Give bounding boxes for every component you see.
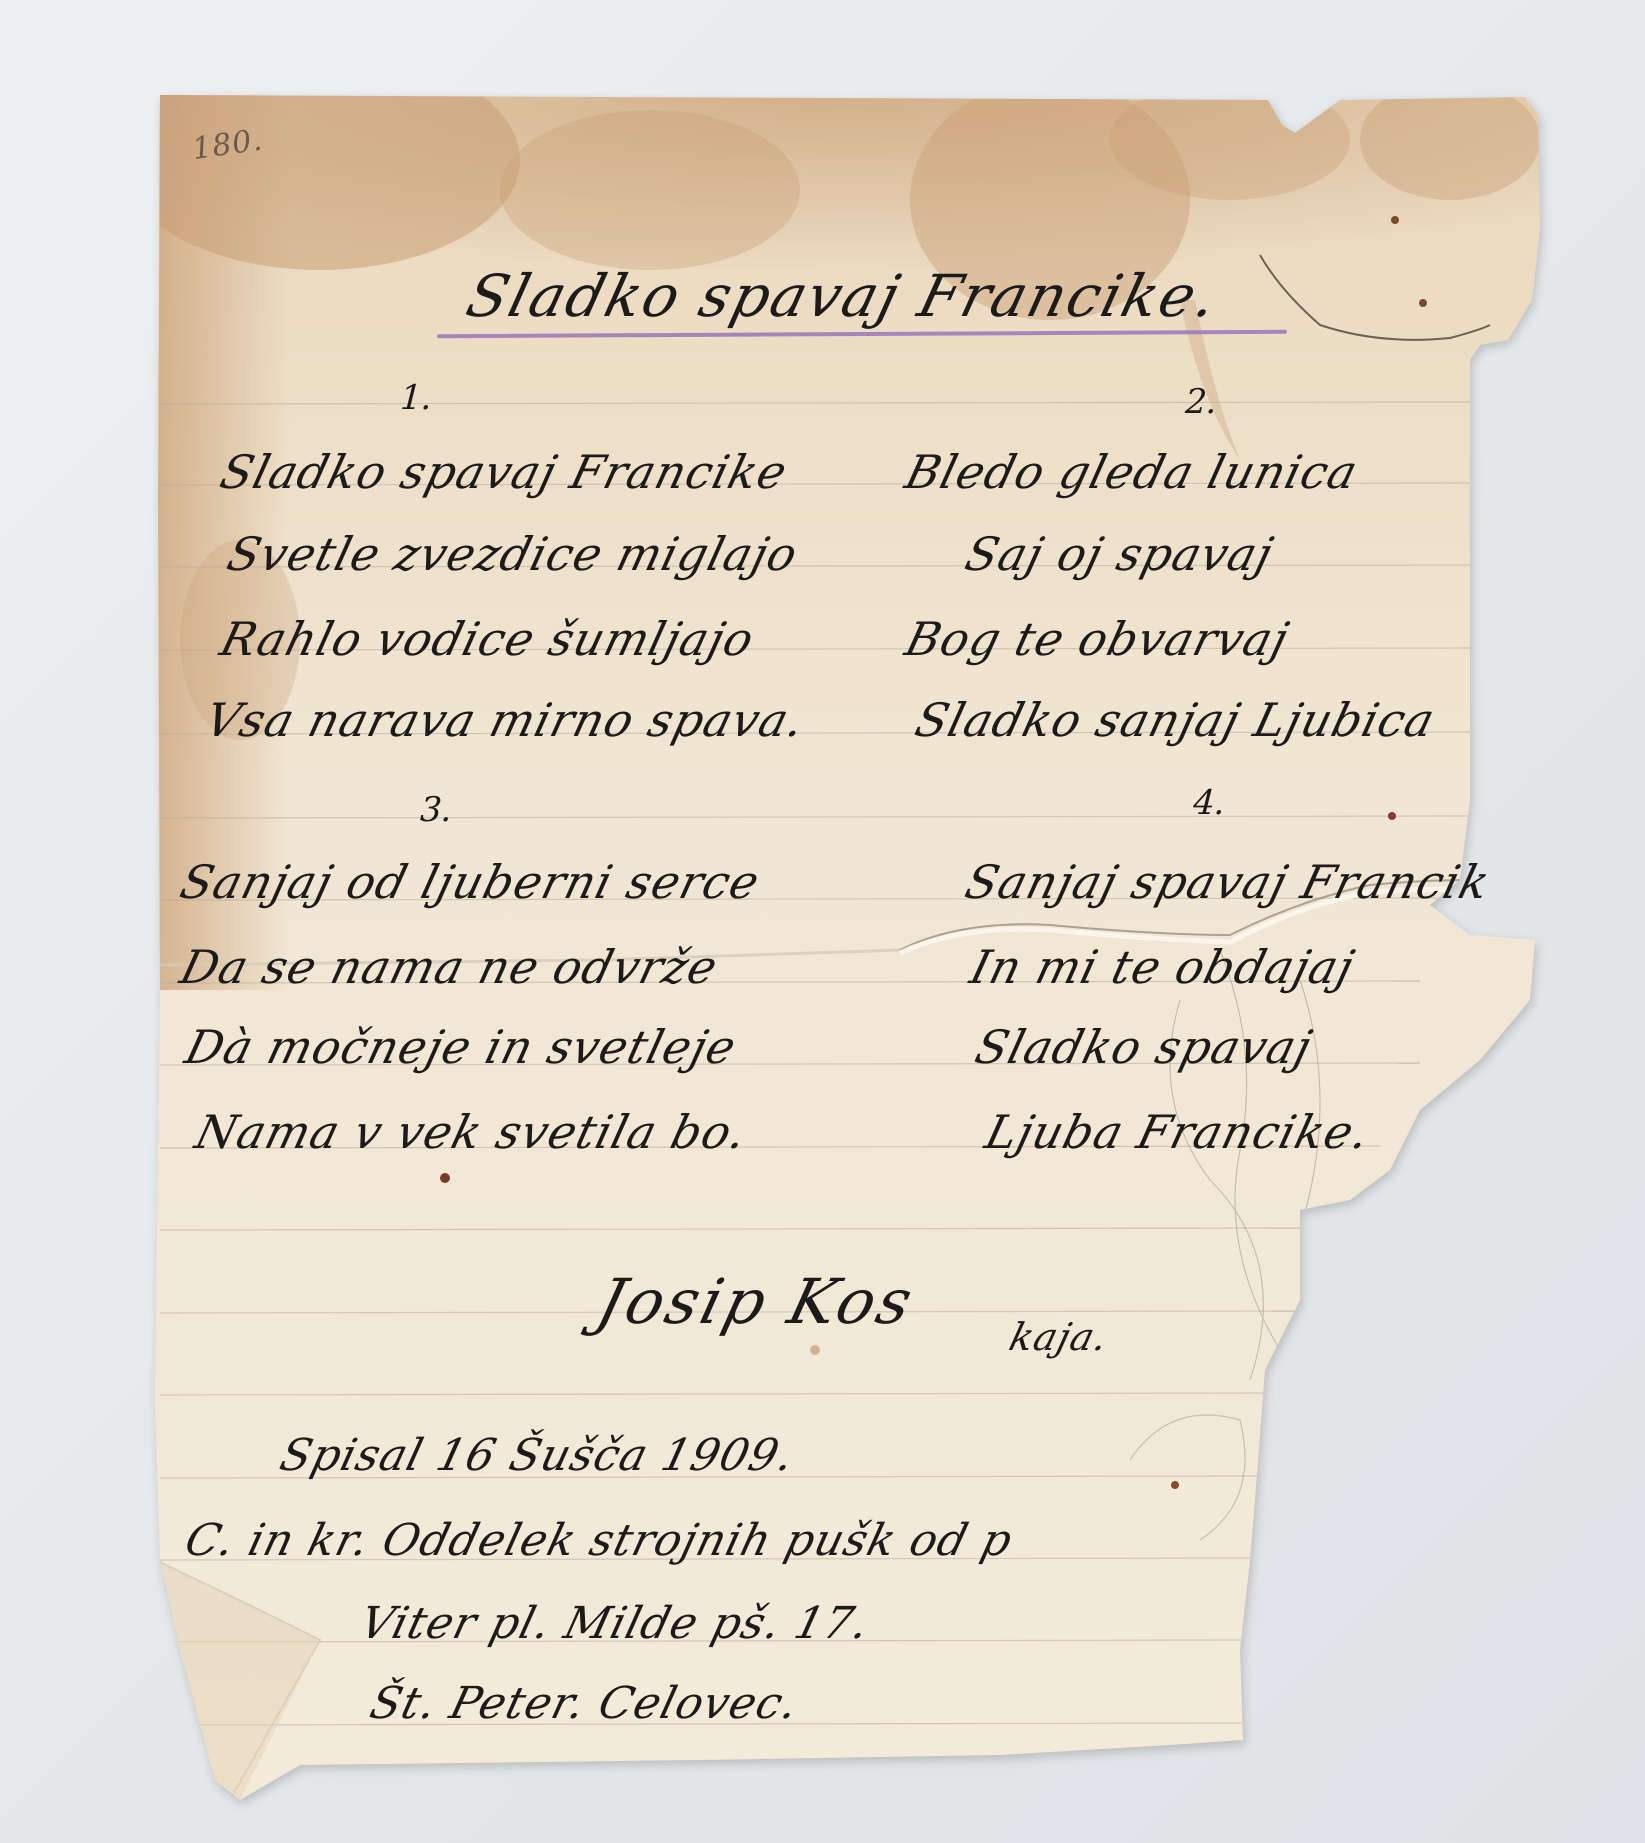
paper-sheet [0, 0, 1645, 1843]
